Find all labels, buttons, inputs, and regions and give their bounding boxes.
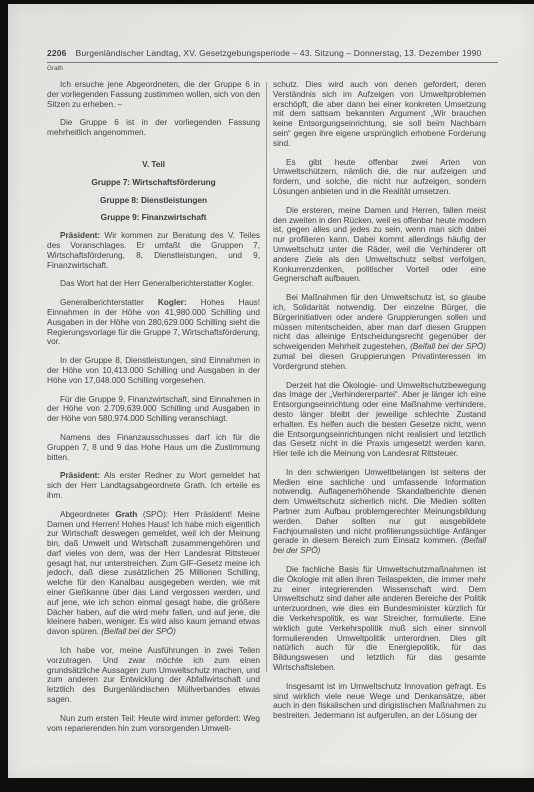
section-heading: Gruppe 8: Dienstleistungen xyxy=(47,196,260,206)
paragraph: schutz. Dies wird auch von denen geforde… xyxy=(273,80,486,149)
paragraph: Nun zum ersten Teil: Heute wird immer ge… xyxy=(47,714,260,734)
paragraph: Ich ersuche jene Abgeordneten, die der G… xyxy=(47,80,260,109)
page-header: 2206 Burgenländischer Landtag, XV. Geset… xyxy=(47,48,498,63)
paragraph: Insgesamt ist im Umweltschutz Innovation… xyxy=(273,682,486,721)
running-header-speaker: Grath xyxy=(47,65,498,72)
section-heading: V. Teil xyxy=(47,160,260,170)
paragraph: In den schwierigen Umweltbelangen ist se… xyxy=(273,468,486,556)
paper: 2206 Burgenländischer Landtag, XV. Geset… xyxy=(8,4,534,778)
paragraph: Abgeordneter Grath (SPÖ): Herr Präsident… xyxy=(47,510,260,637)
paragraph: Derzeit hat die Ökologie- und Umweltschu… xyxy=(273,381,486,459)
paragraph: Die Gruppe 6 ist in der vorliegenden Fas… xyxy=(47,118,260,138)
paragraph: Für die Gruppe 9, Finanzwirtschaft, sind… xyxy=(47,395,260,424)
paragraph: Die ersteren, meine Damen und Herren, fa… xyxy=(273,206,486,284)
page-number: 2206 xyxy=(47,48,67,58)
paragraph: Namens des Finanzausschusses darf ich fü… xyxy=(47,433,260,462)
section-heading: Gruppe 7: Wirtschaftsförderung xyxy=(47,178,260,188)
column-divider xyxy=(266,82,267,672)
paragraph: Die fachliche Basis für Umweltschutzmaßn… xyxy=(273,565,486,673)
right-column: schutz. Dies wird auch von denen geforde… xyxy=(273,80,486,742)
paragraph: In der Gruppe 8, Dienstleistungen, sind … xyxy=(47,356,260,385)
paragraph: Ich habe vor, meine Ausführungen in zwei… xyxy=(47,646,260,705)
page-content: 2206 Burgenländischer Landtag, XV. Geset… xyxy=(47,48,498,742)
paragraph: Das Wort hat der Herr Generalberichterst… xyxy=(47,279,260,289)
columns: Ich ersuche jene Abgeordneten, die der G… xyxy=(47,80,498,742)
header-title: Burgenländischer Landtag, XV. Gesetzgebu… xyxy=(76,48,482,58)
paragraph: Generalberichterstatter Kogler: Hohes Ha… xyxy=(47,298,260,347)
paragraph: Präsident: Wir kommen zur Beratung des V… xyxy=(47,231,260,270)
paragraph: Bei Maßnahmen für den Umweltschutz ist, … xyxy=(273,293,486,371)
paragraph: Es gibt heute offenbar zwei Arten von Um… xyxy=(273,158,486,197)
paragraph: Präsident: Als erster Redner zu Wort gem… xyxy=(47,471,260,500)
left-column: Ich ersuche jene Abgeordneten, die der G… xyxy=(47,80,260,742)
section-heading: Gruppe 9: Finanzwirtschaft xyxy=(47,213,260,223)
